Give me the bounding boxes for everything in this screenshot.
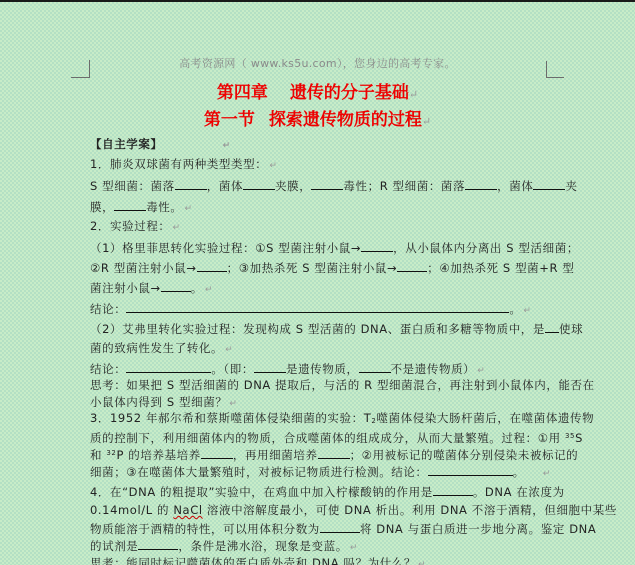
margin-corner-mark-left xyxy=(71,60,90,78)
text: （1）格里菲思转化实验过程：①S 型菌注射小鼠→ xyxy=(90,241,361,255)
text: 质的控制下，利用细菌体内的物质，合成噬菌体的组成成分，从而大量繁殖。过程：①用 xyxy=(90,431,565,445)
q4-think: 思考：能同时标记噬菌体的蛋白质外壳和 DNA 吗？为什么？↵ xyxy=(90,556,556,565)
text: 将 DNA 与蛋白质进一步地分离。鉴定 DNA xyxy=(360,522,596,536)
q2-think-line-1: 思考：如果把 S 型活细菌的 DNA 提取后，与活的 R 型细菌混合，再注射到小… xyxy=(90,378,556,392)
text: 膜， xyxy=(90,200,114,214)
text: 夹 xyxy=(565,179,577,193)
q2-griffith-line-1: （1）格里菲思转化实验过程：①S 型菌注射小鼠→，从小鼠体内分离出 S 型活细菌… xyxy=(90,240,556,255)
q2-avery-line-1: （2）艾弗里转化实验过程：发现构成 S 型活菌的 DNA、蛋白质和多糖等物质中，… xyxy=(90,321,556,336)
superscript: 35 xyxy=(565,432,575,440)
fill-blank[interactable] xyxy=(175,178,207,190)
text: 4．在“DNA 的粗提取”实验中，在鸡血中加入柠檬酸钠的作用是 xyxy=(90,485,433,499)
text: ，再用细菌培养 xyxy=(233,448,318,462)
q1-intro: 1．肺炎双球菌有两种类型类型：↵ xyxy=(90,157,556,173)
text: ，从小鼠体内分离出 S 型活细菌； xyxy=(393,241,579,255)
fill-blank[interactable] xyxy=(126,361,211,373)
q1-s-type-line: S 型细菌：菌落，菌体夹膜，毒性；R 型细菌：菌落，菌体夹 xyxy=(90,178,556,193)
text: S 型细菌：菌落 xyxy=(90,179,175,193)
margin-corner-mark-right xyxy=(546,61,564,78)
text: 使球 xyxy=(559,322,583,336)
text: 2．实验过程： xyxy=(90,219,171,233)
paragraph-mark-icon: ↵ xyxy=(185,204,193,214)
paragraph-mark-icon: ↵ xyxy=(523,306,531,316)
q2-griffith-line-3: 菌注射小鼠→。↵ xyxy=(90,280,556,297)
text: 结论： xyxy=(90,302,126,316)
fill-blank[interactable] xyxy=(361,240,393,252)
fill-blank[interactable] xyxy=(197,260,227,272)
q2-intro: 2．实验过程：↵ xyxy=(90,219,556,235)
window-top-border xyxy=(0,0,635,2)
text: ；②用被标记的噬菌体分别侵染未被标记的 xyxy=(350,448,579,462)
text: 菌的致病性发生了转化。 xyxy=(90,341,223,355)
fill-blank[interactable] xyxy=(545,321,559,333)
text: 噬菌体侵染大肠杆菌后，在噬菌体遗传物 xyxy=(376,411,594,425)
q3-line-3: 和 32P 的培养基培养，再用细菌培养；②用被标记的噬菌体分别侵染未被标记的 xyxy=(90,446,556,462)
text: 。 xyxy=(513,465,525,479)
q4-line-1: 4．在“DNA 的粗提取”实验中，在鸡血中加入柠檬酸钠的作用是。DNA 在浓度为 xyxy=(90,484,556,499)
text: ，条件是沸水浴，现象是变蓝。 xyxy=(178,539,347,553)
q4-line-4: 的试剂是，条件是沸水浴，现象是变蓝。↵ xyxy=(90,538,556,555)
q3-line-1: 3．1952 年郝尔希和蔡斯噬菌体侵染细菌的实验：T2噬菌体侵染大肠杆菌后，在噬… xyxy=(90,411,556,428)
text: 结论： xyxy=(90,362,126,376)
section-title: 第一节探索遗传物质的过程↵ xyxy=(0,105,635,130)
paragraph-mark-icon: ↵ xyxy=(173,223,181,233)
text: 。 xyxy=(191,281,203,295)
text: 细菌；③在噬菌体大量繁殖时，对被标记物质进行检测。结论： xyxy=(90,465,428,479)
q1-intro-text: 1．肺炎双球菌有两种类型类型： xyxy=(90,157,267,171)
q4-line-3: 物质能溶于酒精的特性，可以用体积分数为将 DNA 与蛋白质进一步地分离。鉴定 D… xyxy=(90,521,556,536)
text: 菌注射小鼠→ xyxy=(90,281,161,295)
text: 3．1952 年郝尔希和蔡斯噬菌体侵染细菌的实验：T xyxy=(90,411,371,425)
q2-griffith-line-2: ②R 型菌注射小鼠→；③加热杀死 S 型菌注射小鼠→；④加热杀死 S 型菌+R … xyxy=(90,260,556,275)
text: 不是遗传物质） xyxy=(391,362,476,376)
text: 溶液中溶解度最小，可使 DNA 析出。利用 DNA 不溶于酒精，但细胞中某些 xyxy=(203,503,617,517)
paragraph-mark-icon: ↵ xyxy=(229,399,237,409)
text: 小鼠体内得到 S 型细菌？ xyxy=(90,395,227,409)
paragraph-mark-icon: ↵ xyxy=(477,366,485,376)
q2-avery-line-2: 菌的致病性发生了转化。↵ xyxy=(90,341,556,357)
paragraph-mark-icon: ↵ xyxy=(543,469,551,479)
paragraph-mark-icon: ↵ xyxy=(269,161,277,171)
text: S xyxy=(575,431,583,445)
text: ，菌体 xyxy=(497,179,533,193)
text: 夹膜， xyxy=(275,179,311,193)
text: 是遗传物质， xyxy=(286,362,359,376)
text: 思考：如果把 S 型活细菌的 DNA 提取后，与活的 R 型细菌混合，再注射到小… xyxy=(90,378,595,392)
text: 思考：能同时标记噬菌体的蛋白质外壳和 DNA 吗？为什么？ xyxy=(90,556,416,565)
text: （2）艾弗里转化实验过程：发现构成 S 型活菌的 DNA、蛋白质和多糖等物质中，… xyxy=(90,322,545,336)
fill-blank[interactable] xyxy=(201,447,233,459)
paragraph-mark-icon: ↵ xyxy=(422,115,431,128)
text: 物质能溶于酒精的特性，可以用体积分数为 xyxy=(90,522,320,536)
text: 。 xyxy=(509,302,521,316)
paragraph-mark-icon: ↵ xyxy=(350,543,358,553)
text: 的试剂是 xyxy=(90,539,138,553)
text: 毒性；R 型细菌：菌落 xyxy=(343,179,465,193)
text: P 的培养基培养 xyxy=(116,448,200,462)
chapter-name: 遗传的分子基础 xyxy=(290,83,409,103)
text: ；③加热杀死 S 型菌注射小鼠→ xyxy=(227,261,398,275)
fill-blank[interactable] xyxy=(359,361,391,373)
q2-conclusion-1: 结论：。↵ xyxy=(90,301,556,318)
fill-blank[interactable] xyxy=(126,301,509,313)
q1-r-type-line: 膜，毒性。↵ xyxy=(90,199,556,216)
fill-blank[interactable] xyxy=(254,361,286,373)
text: 和 xyxy=(90,448,106,462)
text: 。DNA 在浓度为 xyxy=(473,485,565,499)
fill-blank[interactable] xyxy=(161,280,191,292)
fill-blank[interactable] xyxy=(320,521,360,533)
chapter-number: 第四章 xyxy=(217,83,268,103)
paragraph-mark-icon: ↵ xyxy=(409,88,418,101)
paragraph-mark-icon: ↵ xyxy=(223,141,231,151)
section-name: 探索遗传物质的过程 xyxy=(269,110,422,130)
fill-blank[interactable] xyxy=(533,178,565,190)
paragraph-mark-icon: ↵ xyxy=(225,345,233,355)
fill-blank[interactable] xyxy=(433,484,473,496)
spellcheck-word: NaCl xyxy=(173,503,202,517)
q2-conclusion-2: 结论：。（即：是遗传物质，不是遗传物质）↵ xyxy=(90,361,556,378)
q3-line-2: 质的控制下，利用细菌体内的物质，合成噬菌体的组成成分，从而大量繁殖。过程：①用 … xyxy=(90,429,556,445)
text: ，菌体 xyxy=(207,179,243,193)
fill-blank[interactable] xyxy=(397,260,427,272)
fill-blank[interactable] xyxy=(243,178,275,190)
fill-blank[interactable] xyxy=(114,199,146,211)
superscript: 32 xyxy=(106,449,116,457)
q3-line-4: 细菌；③在噬菌体大量繁殖时，对被标记物质进行检测。结论：。↵ xyxy=(90,464,556,481)
section-label: 【自主学案】 xyxy=(90,137,163,151)
q2-think-line-2: 小鼠体内得到 S 型细菌？↵ xyxy=(90,395,556,411)
fill-blank[interactable] xyxy=(318,447,350,459)
text: 毒性。 xyxy=(146,200,182,214)
paragraph-mark-icon: ↵ xyxy=(205,285,213,295)
text: 0.14mol/L 的 xyxy=(90,503,173,517)
section-number: 第一节 xyxy=(204,110,255,130)
fill-blank[interactable] xyxy=(311,178,343,190)
text: ；④加热杀死 S 型菌+R 型 xyxy=(427,261,574,275)
text: 。（即： xyxy=(211,362,254,376)
chapter-title: 第四章遗传的分子基础↵ xyxy=(0,78,635,103)
paragraph-mark-icon: ↵ xyxy=(418,560,426,565)
fill-blank[interactable] xyxy=(465,178,497,190)
fill-blank[interactable] xyxy=(138,538,178,550)
q4-line-2: 0.14mol/L 的 NaCl 溶液中溶解度最小，可使 DNA 析出。利用 D… xyxy=(90,503,556,517)
section-label-line: 【自主学案】↵ xyxy=(90,137,556,153)
text: ②R 型菌注射小鼠→ xyxy=(90,261,197,275)
page-header: 高考资源网（ www.ks5u.com），您身边的高考专家。 xyxy=(0,55,635,71)
fill-blank[interactable] xyxy=(428,464,513,476)
